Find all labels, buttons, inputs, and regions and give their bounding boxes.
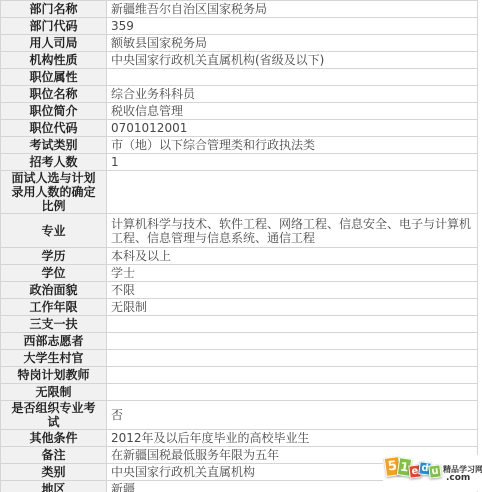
position-table-body: 部门名称新疆维吾尔自治区国家税务局部门代码359用人司局额敏县国家税务局机构性质… xyxy=(1,1,478,492)
watermark-text: 精品学习网 .com xyxy=(443,465,482,483)
row-value: 2012年及以后年度毕业的高校毕业生 xyxy=(107,430,478,447)
row-value: 不限 xyxy=(107,282,478,299)
table-row: 部门名称新疆维吾尔自治区国家税务局 xyxy=(1,1,478,18)
row-label: 学位 xyxy=(1,265,107,282)
row-label: 职位简介 xyxy=(1,103,107,120)
row-value: 税收信息管理 xyxy=(107,103,478,120)
row-value xyxy=(107,316,478,333)
row-label: 机构性质 xyxy=(1,52,107,69)
table-row: 部门代码359 xyxy=(1,18,478,35)
table-row: 工作年限无限制 xyxy=(1,299,478,316)
row-label: 专业 xyxy=(1,214,107,248)
row-label: 面试人选与计划录用人数的确定比例 xyxy=(1,171,107,214)
row-label: 无限制 xyxy=(1,384,107,401)
row-label: 学历 xyxy=(1,248,107,265)
table-row: 机构性质中央国家行政机关直属机构(省级及以下) xyxy=(1,52,478,69)
row-label: 政治面貌 xyxy=(1,282,107,299)
table-row: 职位简介税收信息管理 xyxy=(1,103,478,120)
position-detail-table: 部门名称新疆维吾尔自治区国家税务局部门代码359用人司局额敏县国家税务局机构性质… xyxy=(0,0,478,492)
row-value: 计算机科学与技术、软件工程、网络工程、信息安全、电子与计算机工程、信息管理与信息… xyxy=(107,214,478,248)
row-value: 本科及以上 xyxy=(107,248,478,265)
watermark-domain-suffix: .com xyxy=(443,474,482,483)
row-value: 0701012001 xyxy=(107,120,478,137)
row-label: 三支一扶 xyxy=(1,316,107,333)
position-detail-page: 部门名称新疆维吾尔自治区国家税务局部门代码359用人司局额敏县国家税务局机构性质… xyxy=(0,0,482,492)
row-value: 中央国家行政机关直属机构(省级及以下) xyxy=(107,52,478,69)
table-row: 学历本科及以上 xyxy=(1,248,478,265)
row-value: 新疆维吾尔自治区国家税务局 xyxy=(107,1,478,18)
table-row: 大学生村官 xyxy=(1,350,478,367)
row-value: 否 xyxy=(107,401,478,430)
row-label: 职位名称 xyxy=(1,86,107,103)
row-value xyxy=(107,367,478,384)
row-label: 类别 xyxy=(1,464,107,481)
row-label: 西部志愿者 xyxy=(1,333,107,350)
row-label: 用人司局 xyxy=(1,35,107,52)
row-value xyxy=(107,384,478,401)
row-value: 359 xyxy=(107,18,478,35)
table-row: 学位学士 xyxy=(1,265,478,282)
row-label: 工作年限 xyxy=(1,299,107,316)
table-row: 考试类别市（地）以下综合管理类和行政执法类 xyxy=(1,137,478,154)
row-value: 无限制 xyxy=(107,299,478,316)
table-row: 用人司局额敏县国家税务局 xyxy=(1,35,478,52)
row-value: 市（地）以下综合管理类和行政执法类 xyxy=(107,137,478,154)
table-row: 政治面貌不限 xyxy=(1,282,478,299)
51edu-watermark-logo: 51edu 精品学习网 .com xyxy=(383,455,481,491)
row-label: 特岗计划教师 xyxy=(1,367,107,384)
row-label: 职位属性 xyxy=(1,69,107,86)
letter-block-u: u xyxy=(428,464,441,478)
row-label: 备注 xyxy=(1,447,107,464)
row-label: 职位代码 xyxy=(1,120,107,137)
row-value: 综合业务科科员 xyxy=(107,86,478,103)
row-value: 额敏县国家税务局 xyxy=(107,35,478,52)
row-value xyxy=(107,171,478,214)
table-row: 特岗计划教师 xyxy=(1,367,478,384)
row-value xyxy=(107,69,478,86)
table-row: 三支一扶 xyxy=(1,316,478,333)
51edu-letter-blocks: 51edu xyxy=(385,457,441,478)
row-label: 大学生村官 xyxy=(1,350,107,367)
table-row: 招考人数1 xyxy=(1,154,478,171)
table-row: 职位名称综合业务科科员 xyxy=(1,86,478,103)
row-label: 其他条件 xyxy=(1,430,107,447)
table-row: 面试人选与计划录用人数的确定比例 xyxy=(1,171,478,214)
table-row: 西部志愿者 xyxy=(1,333,478,350)
row-label: 是否组织专业考试 xyxy=(1,401,107,430)
row-label: 招考人数 xyxy=(1,154,107,171)
row-label: 地区 xyxy=(1,481,107,492)
table-row: 职位代码0701012001 xyxy=(1,120,478,137)
table-row: 其他条件2012年及以后年度毕业的高校毕业生 xyxy=(1,430,478,447)
table-row: 无限制 xyxy=(1,384,478,401)
row-value xyxy=(107,333,478,350)
table-row: 是否组织专业考试否 xyxy=(1,401,478,430)
table-row: 职位属性 xyxy=(1,69,478,86)
table-row: 专业计算机科学与技术、软件工程、网络工程、信息安全、电子与计算机工程、信息管理与… xyxy=(1,214,478,248)
row-label: 考试类别 xyxy=(1,137,107,154)
row-value: 1 xyxy=(107,154,478,171)
row-value xyxy=(107,350,478,367)
row-label: 部门名称 xyxy=(1,1,107,18)
row-label: 部门代码 xyxy=(1,18,107,35)
row-value: 学士 xyxy=(107,265,478,282)
